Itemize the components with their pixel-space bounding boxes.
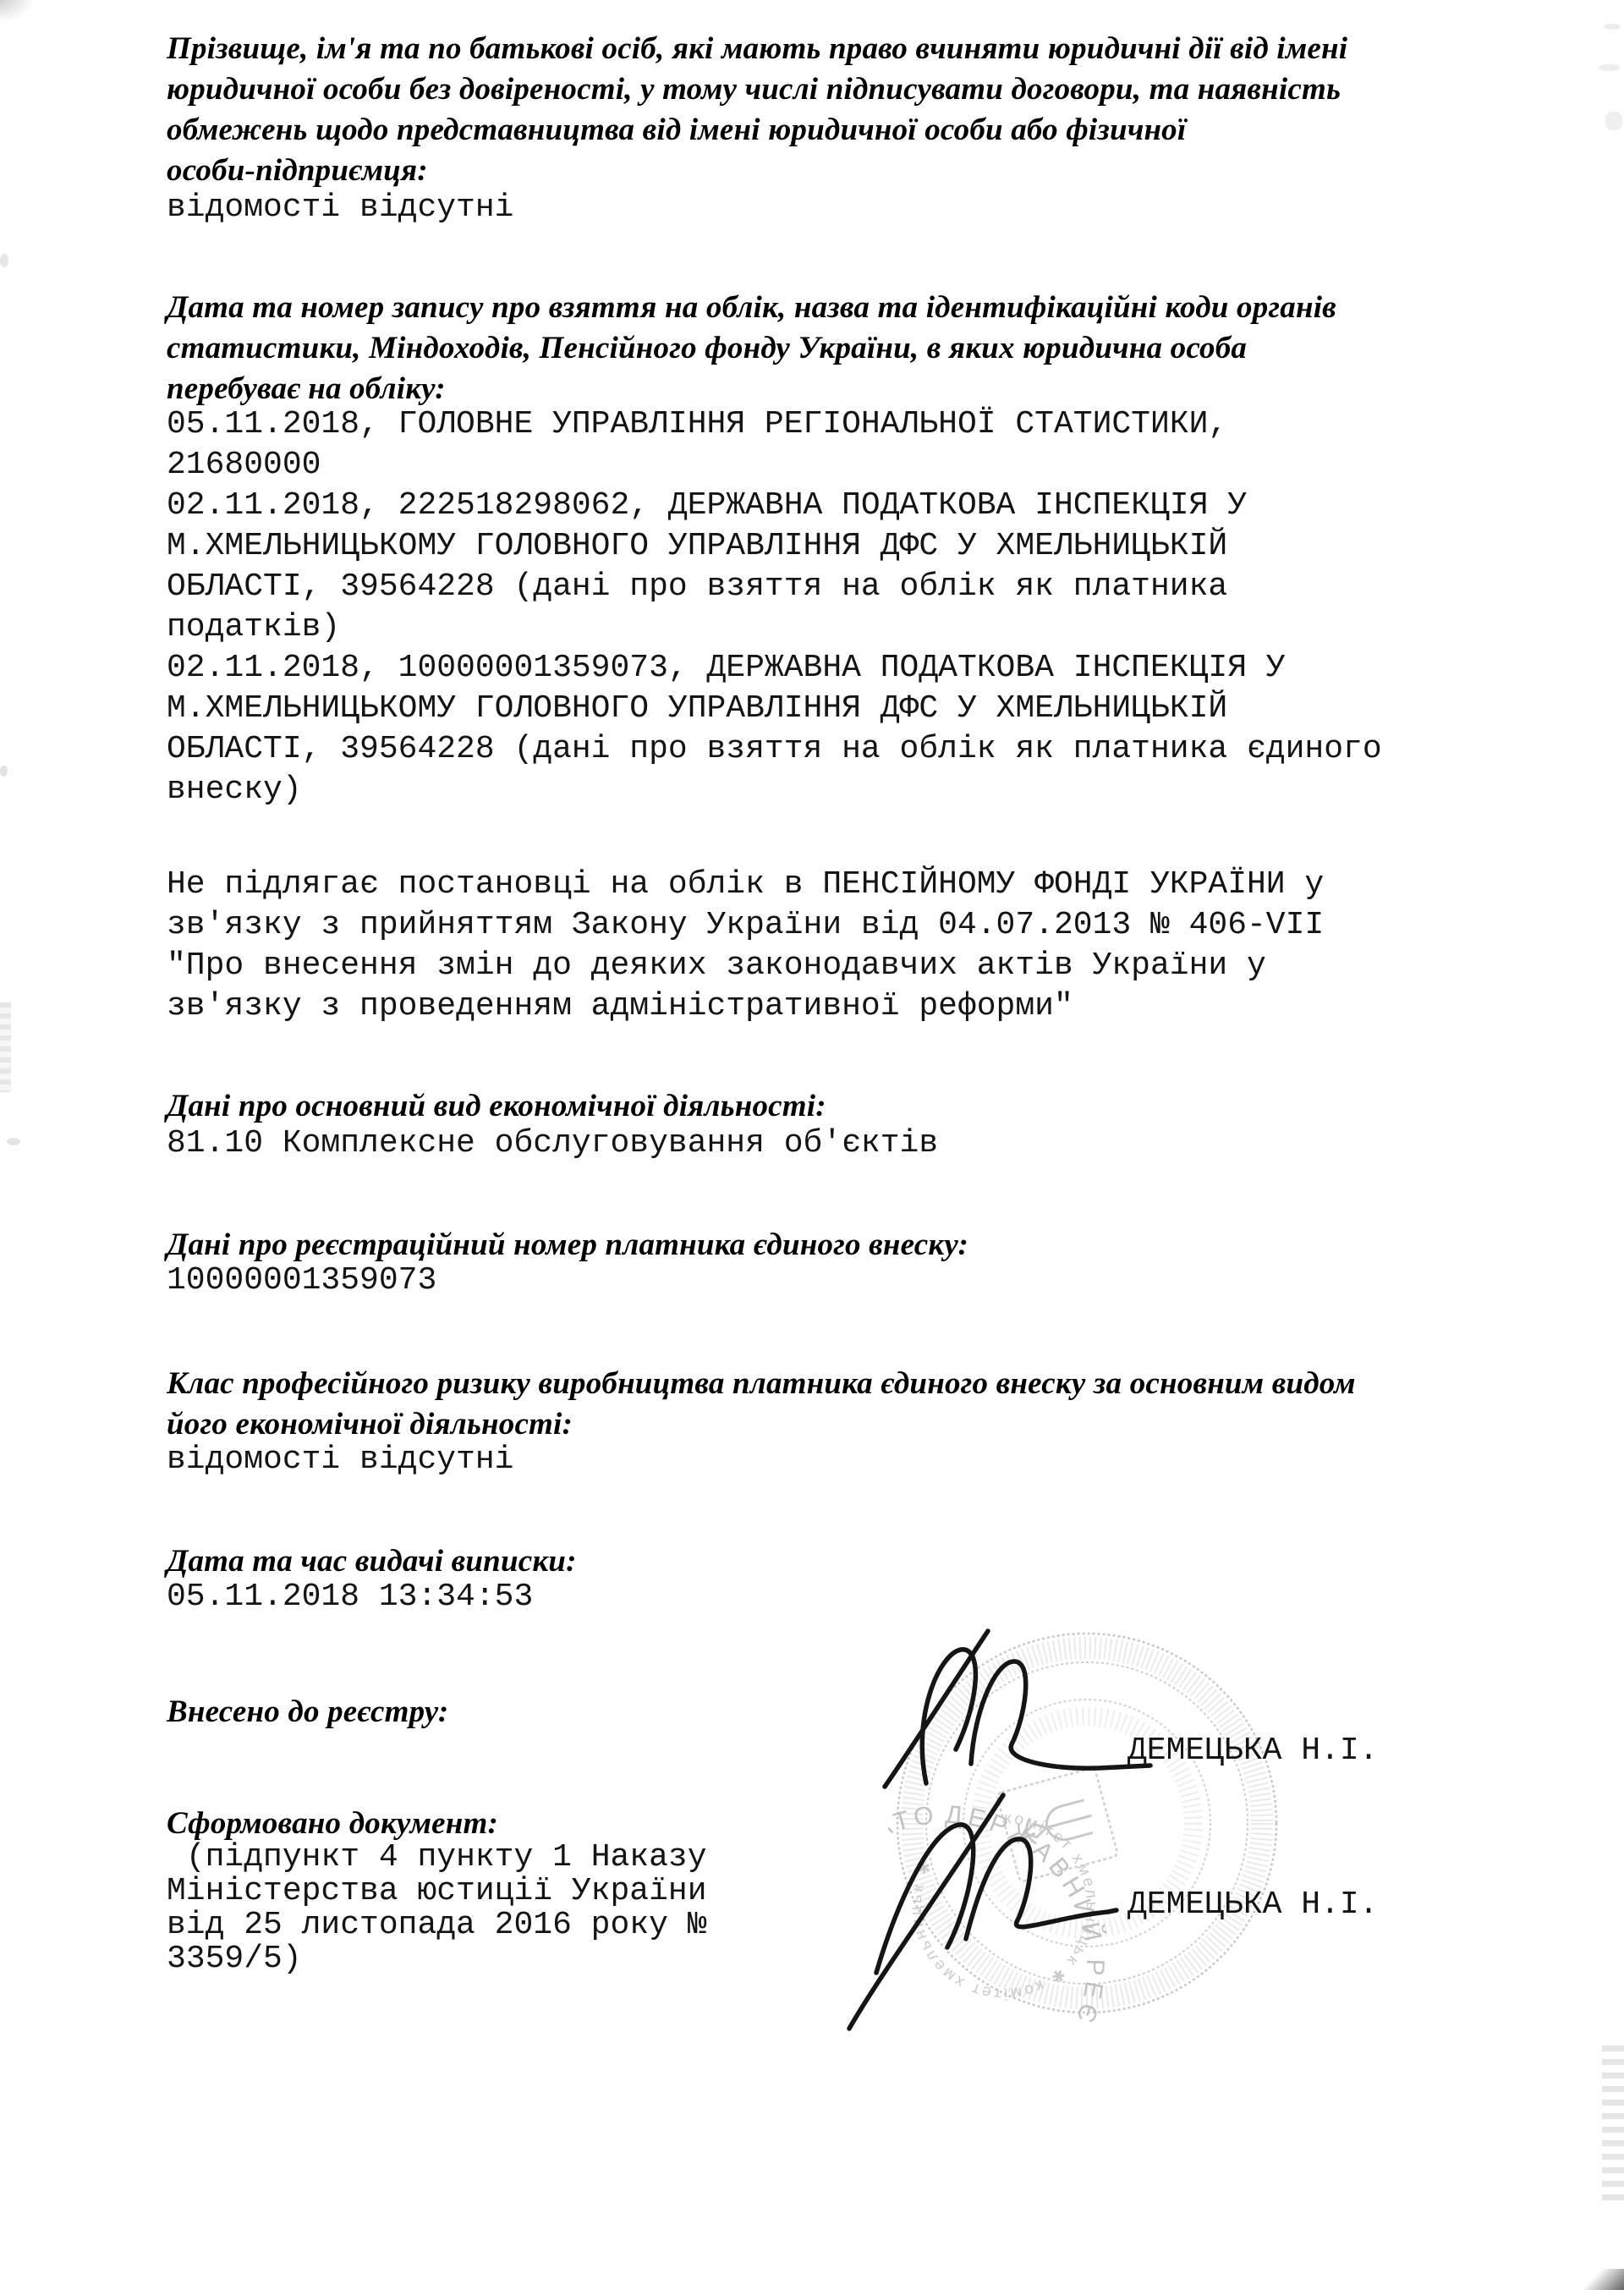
registrar-name-generated: ДЕМЕЦЬКА Н.І.	[1127, 1886, 1378, 1924]
scan-artifact	[1599, 64, 1621, 71]
signature-entered	[885, 1631, 1150, 1787]
scan-artifact	[0, 766, 8, 777]
scan-artifact	[7, 1138, 20, 1145]
scan-artifact	[1605, 112, 1622, 130]
document-generated-note: (підпункт 4 пункту 1 Наказу Міністерства…	[167, 1841, 809, 1976]
heading-document-generated: Сформовано документ:	[167, 1804, 928, 1844]
scan-artifact	[0, 0, 34, 22]
heading-economic-activity: Дані про основний вид економічної діяльн…	[167, 1086, 1520, 1127]
heading-officials: Прізвище, ім'я та по батькові осіб, які …	[167, 29, 1486, 191]
value-contribution-number: 10000001359073	[167, 1260, 1537, 1301]
scan-artifact	[1604, 24, 1621, 30]
scan-artifact	[0, 1002, 11, 1092]
heading-entered-registry: Внесено до реєстру:	[167, 1692, 843, 1733]
heading-issue-datetime: Дата та час видачі виписки:	[167, 1541, 1182, 1582]
scan-artifact	[1602, 2046, 1624, 2202]
scan-artifact	[0, 254, 8, 267]
value-economic-activity: 81.10 Комплексне обслуговування об'єктів	[167, 1123, 1537, 1164]
pension-fund-note: Не підлягає постановці на облік в ПЕНСІЙ…	[167, 865, 1588, 1027]
value-risk-class: відомості відсутні	[167, 1440, 1537, 1480]
heading-contribution-number: Дані про реєстраційний номер платника єд…	[167, 1225, 1520, 1266]
value-registration-records: 05.11.2018, ГОЛОВНЕ УПРАВЛІННЯ РЕГІОНАЛЬ…	[167, 404, 1588, 810]
document-page: Прізвище, ім'я та по батькові осіб, які …	[0, 0, 1624, 2290]
value-officials: відомості відсутні	[167, 188, 1537, 228]
heading-risk-class: Клас професійного ризику виробництва пла…	[167, 1364, 1537, 1445]
heading-registration-records: Дата та номер запису про взяття на облік…	[167, 288, 1520, 409]
scan-artifact	[1583, 2269, 1624, 2290]
registrar-name-entered: ДЕМЕЦЬКА Н.І.	[1127, 1733, 1378, 1770]
